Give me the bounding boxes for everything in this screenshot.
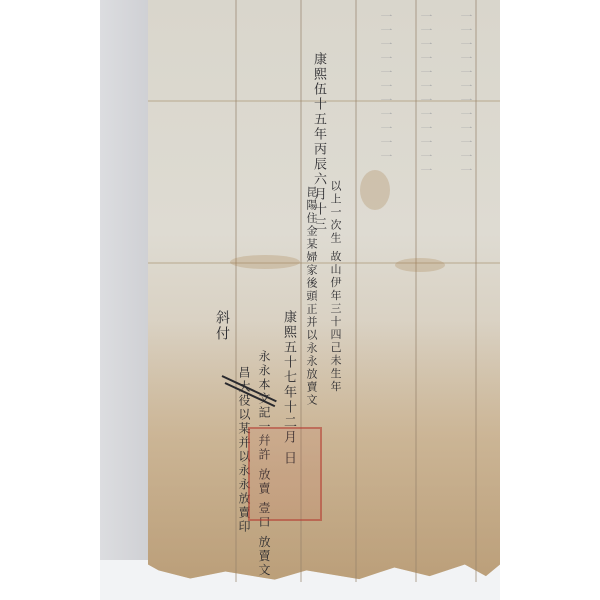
water-stain xyxy=(230,255,300,269)
grey-backdrop xyxy=(100,0,150,600)
text-column: 昆陽住金某婦家後頭正并以永永放賣文 xyxy=(306,186,317,407)
signature-text: 斜付 xyxy=(215,310,229,342)
water-stain xyxy=(360,170,390,210)
horizontal-fold xyxy=(148,262,500,264)
faint-text-column: 一一一一一一一一一一一一 xyxy=(420,10,432,178)
fold-line xyxy=(475,0,477,582)
faint-text-column: 一一一一一一一一一一一一 xyxy=(460,10,472,178)
red-seal-stamp xyxy=(248,427,322,521)
fold-line xyxy=(355,0,357,582)
water-stain xyxy=(395,258,445,272)
text-column: 以上一次生 故山伊年三十四己未生年 xyxy=(330,180,341,394)
fold-line xyxy=(415,0,417,582)
faint-text-column: 一一一一一一一一一一一 xyxy=(380,10,392,164)
